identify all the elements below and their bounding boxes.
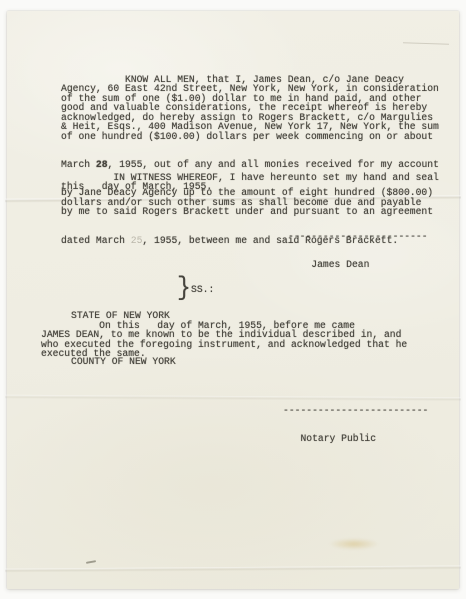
paragraph-line-march28: March 28, 1955, out of any and all monie…: [61, 160, 439, 169]
signature-block: ------------------------ James Dean: [288, 213, 428, 289]
line12-prefix: dated March: [61, 235, 131, 246]
jurat-ss-label: SS.:: [191, 285, 214, 294]
notary-rule: -------------------------: [283, 406, 428, 415]
signature-rule: ------------------------: [288, 232, 428, 241]
document-page: KNOW ALL MEN, that I, James Dean, c/o Ja…: [7, 11, 459, 589]
notary-signature-block: ------------------------- Notary Public: [283, 387, 428, 463]
jurat-brace: }: [177, 272, 191, 303]
paragraph-lines-top: KNOW ALL MEN, that I, James Dean, c/o Ja…: [61, 75, 439, 141]
line8-prefix: March: [61, 159, 96, 170]
notary-title: Notary Public: [283, 434, 428, 443]
fold-crease-bottom: [5, 565, 461, 572]
witness-clause: IN WITNESS WHEREOF, I have hereunto set …: [61, 173, 439, 192]
yellow-stain: [329, 538, 379, 550]
line8-suffix: , 1955, out of any and all monies receiv…: [108, 159, 439, 170]
notary-acknowledgment: On this day of March, 1955, before me ca…: [41, 321, 407, 359]
overstruck-date: 28: [96, 159, 108, 170]
signer-name: James Dean: [288, 260, 428, 269]
erased-date: 25: [131, 235, 143, 246]
scan-background: KNOW ALL MEN, that I, James Dean, c/o Ja…: [0, 0, 466, 599]
ink-speck: [86, 560, 96, 564]
corner-crease-mark: [403, 42, 449, 45]
